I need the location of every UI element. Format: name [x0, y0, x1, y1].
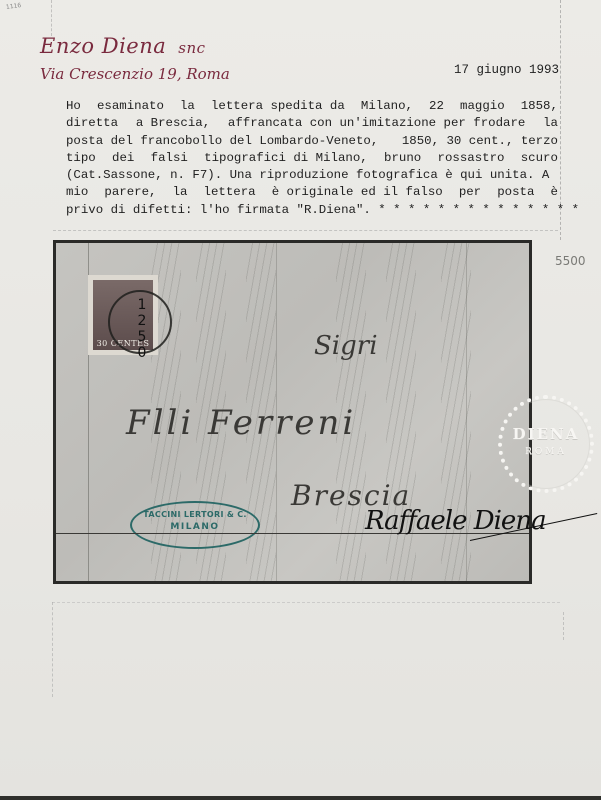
letterhead-address: Via Crescenzio 19, Roma [40, 63, 230, 85]
word: è originale ed il falso [272, 184, 443, 201]
certificate-text: Ho esaminato la lettera spedita da Milan… [66, 98, 558, 219]
text-line: posta del francobollo del Lombardo-Venet… [66, 133, 558, 150]
word: la [173, 184, 188, 201]
postmark-digits: 1 2 5 0 [132, 297, 152, 361]
letterhead-name: Enzo Dienasnc [40, 33, 230, 61]
certificate-page: 1116 Enzo Dienasnc Via Crescenzio 19, Ro… [0, 0, 601, 796]
lower-left-guide [52, 602, 53, 697]
word: Ho [66, 98, 81, 115]
word: esaminato [97, 98, 164, 115]
seal-line-2: ROMA [502, 447, 590, 457]
word: 22 [429, 98, 444, 115]
text-line: mio parere, la lettera è originale ed il… [66, 184, 558, 201]
word: mio [66, 184, 88, 201]
word: a Brescia, [136, 115, 210, 132]
postmark-digit: 5 [132, 329, 152, 345]
word: bruno [384, 150, 421, 167]
text-divider [53, 230, 558, 231]
left-margin-guide [51, 0, 53, 36]
cachet-city: MILANO [132, 522, 258, 532]
postage-stamp: 30 CENTES 1 2 5 0 [88, 275, 158, 355]
text-line: privo di difetti: l'ho firmata "R.Diena"… [66, 202, 558, 219]
word: affrancata con un'imitazione per frodare [228, 115, 525, 132]
word: Milano, [361, 98, 413, 115]
scan-edge [0, 796, 601, 800]
word: 1858, [521, 98, 558, 115]
word: la [543, 115, 558, 132]
word: è [551, 184, 558, 201]
word: parere, [104, 184, 156, 201]
word: scuro [521, 150, 558, 167]
word: (Cat.Sassone, n. F7). Una riproduzione f… [66, 167, 549, 184]
word: falsi [151, 150, 188, 167]
letterhead-company: Enzo Diena [40, 34, 166, 58]
embossed-seal: DIENA ROMA [498, 395, 594, 493]
lower-margin-guide [52, 602, 560, 603]
word: lettera spedita da [211, 98, 345, 115]
word: lettera [204, 184, 256, 201]
cachet-company: TACCINI LERTORI & C. [132, 510, 258, 519]
postmark-digit: 0 [132, 345, 152, 361]
text-line: diretta a Brescia, affrancata con un'imi… [66, 115, 558, 132]
sender-oval-cachet: TACCINI LERTORI & C. MILANO [130, 501, 260, 549]
postmark-digit: 2 [132, 313, 152, 329]
letterhead-suffix: snc [178, 39, 205, 57]
word: maggio [460, 98, 505, 115]
word: tipografici di Milano, [204, 150, 368, 167]
letterhead: Enzo Dienasnc Via Crescenzio 19, Roma [40, 33, 230, 85]
text-line: tipo dei falsi tipografici di Milano, br… [66, 150, 558, 167]
word: posta [497, 184, 534, 201]
corner-pencil-note: 1116 [6, 2, 22, 11]
certificate-date: 17 giugno 1993 [454, 63, 559, 77]
word: dei [112, 150, 134, 167]
word: posta del francobollo del Lombardo-Venet… [66, 133, 378, 150]
word: tipo [66, 150, 96, 167]
word: per [459, 184, 481, 201]
seal-line-1: DIENA [502, 425, 590, 443]
word: rossastro [438, 150, 505, 167]
expert-signature: Raffaele Diena [365, 506, 546, 536]
word: la [180, 98, 195, 115]
text-line: (Cat.Sassone, n. F7). Una riproduzione f… [66, 167, 558, 184]
word: 1850, 30 cent., terzo [402, 133, 558, 150]
pencil-price-note: 5500 [555, 254, 586, 268]
text-line: Ho esaminato la lettera spedita da Milan… [66, 98, 558, 115]
word: diretta [66, 115, 118, 132]
handwritten-recipient: Flli Ferreni [126, 403, 356, 443]
lower-right-guide [563, 612, 564, 640]
word: privo di difetti: l'ho firmata "R.Diena"… [66, 202, 579, 219]
postmark-digit: 1 [132, 297, 152, 313]
handwritten-salutation: Sigri [314, 331, 378, 361]
